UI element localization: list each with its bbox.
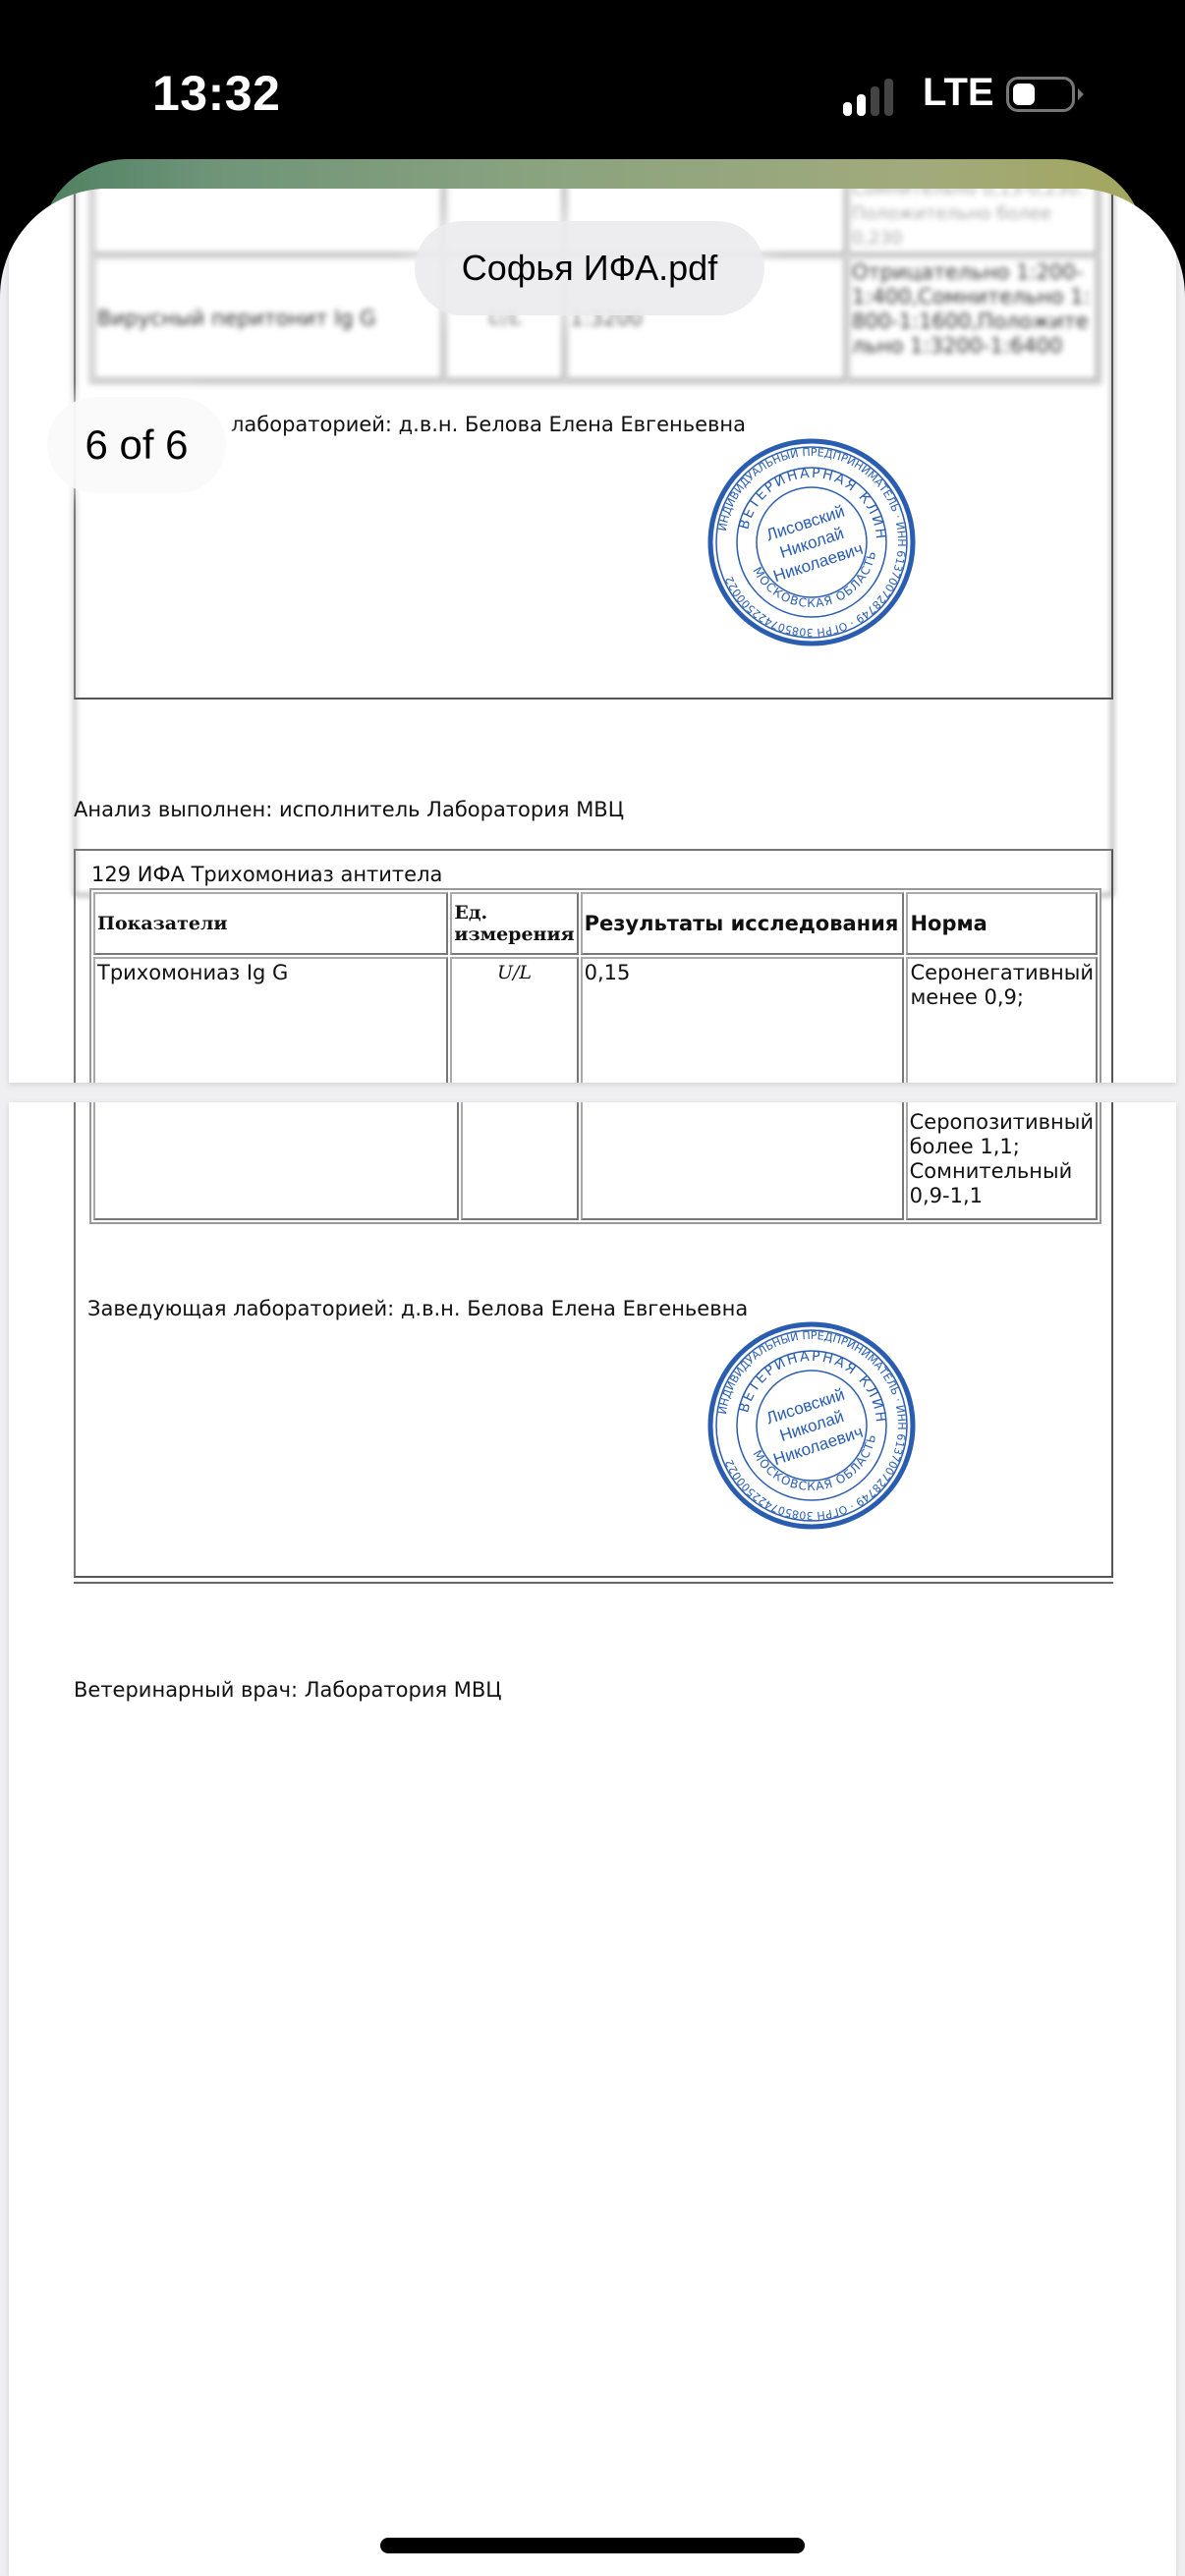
home-indicator[interactable]	[380, 2538, 805, 2553]
battery-tip	[1078, 88, 1084, 100]
page-indicator-pill: 6 of 6	[47, 397, 226, 493]
status-bar: 13:32 LTE	[0, 0, 1185, 157]
trichomonas-results-table: Показатели Ед. измерения Результаты иссл…	[89, 888, 1101, 1083]
head-signature: Заведующая лабораторией: д.в.н. Белова Е…	[87, 1297, 748, 1320]
norm-cell-continued: Серопозитивный более 1,1; Сомнительный 0…	[906, 1102, 1098, 1220]
norm-cell: Серонегативный менее 0,9;	[906, 957, 1098, 1083]
header-unit: Ед. измерения	[450, 892, 578, 955]
trichomonas-results-table-cont: Серопозитивный более 1,1; Сомнительный 0…	[89, 1102, 1101, 1224]
network-type: LTE	[923, 71, 994, 115]
header-indicator: Показатели	[93, 892, 448, 955]
document-title-pill[interactable]: Софья ИФА.pdf	[415, 221, 764, 315]
pdf-page-6: Серопозитивный более 1,1; Сомнительный 0…	[9, 1102, 1176, 2576]
clinic-stamp: ИНДИВИДУАЛЬНЫЙ ПРЕДПРИНИМАТЕЛЬ · ИНН 613…	[706, 1320, 917, 1531]
table-row: Трихомониаз Ig G U/L 0,15 Серонегативный…	[93, 957, 1098, 1083]
pdf-viewer[interactable]: Сомнительно 0,13-0,230. Положительно бол…	[0, 189, 1185, 2576]
page-indicator: 6 of 6	[85, 421, 188, 469]
unit-cell: U/L	[450, 957, 578, 1083]
indicator-cell: Трихомониаз Ig G	[93, 957, 448, 1083]
performed-by: Анализ выполнен: исполнитель Лаборатория…	[74, 798, 624, 821]
table-header-row: Показатели Ед. измерения Результаты иссл…	[93, 892, 1098, 955]
table-row: Серопозитивный более 1,1; Сомнительный 0…	[93, 1102, 1098, 1220]
header-norm: Норма	[906, 892, 1098, 955]
frame-bottom-line	[74, 1582, 1113, 1584]
header-result: Результаты исследования	[581, 892, 905, 955]
pdf-page-5: Сомнительно 0,13-0,230. Положительно бол…	[9, 189, 1176, 1083]
test-title: 129 ИФА Трихомониаз антитела	[91, 863, 442, 886]
status-time: 13:32	[152, 65, 280, 122]
document-title: Софья ИФА.pdf	[462, 248, 717, 289]
cellular-signal-icon	[843, 77, 900, 116]
result-cell: 0,15	[581, 957, 905, 1083]
battery-icon	[1006, 77, 1075, 112]
vet-doctor: Ветеринарный врач: Лаборатория МВЦ	[74, 1678, 502, 1702]
